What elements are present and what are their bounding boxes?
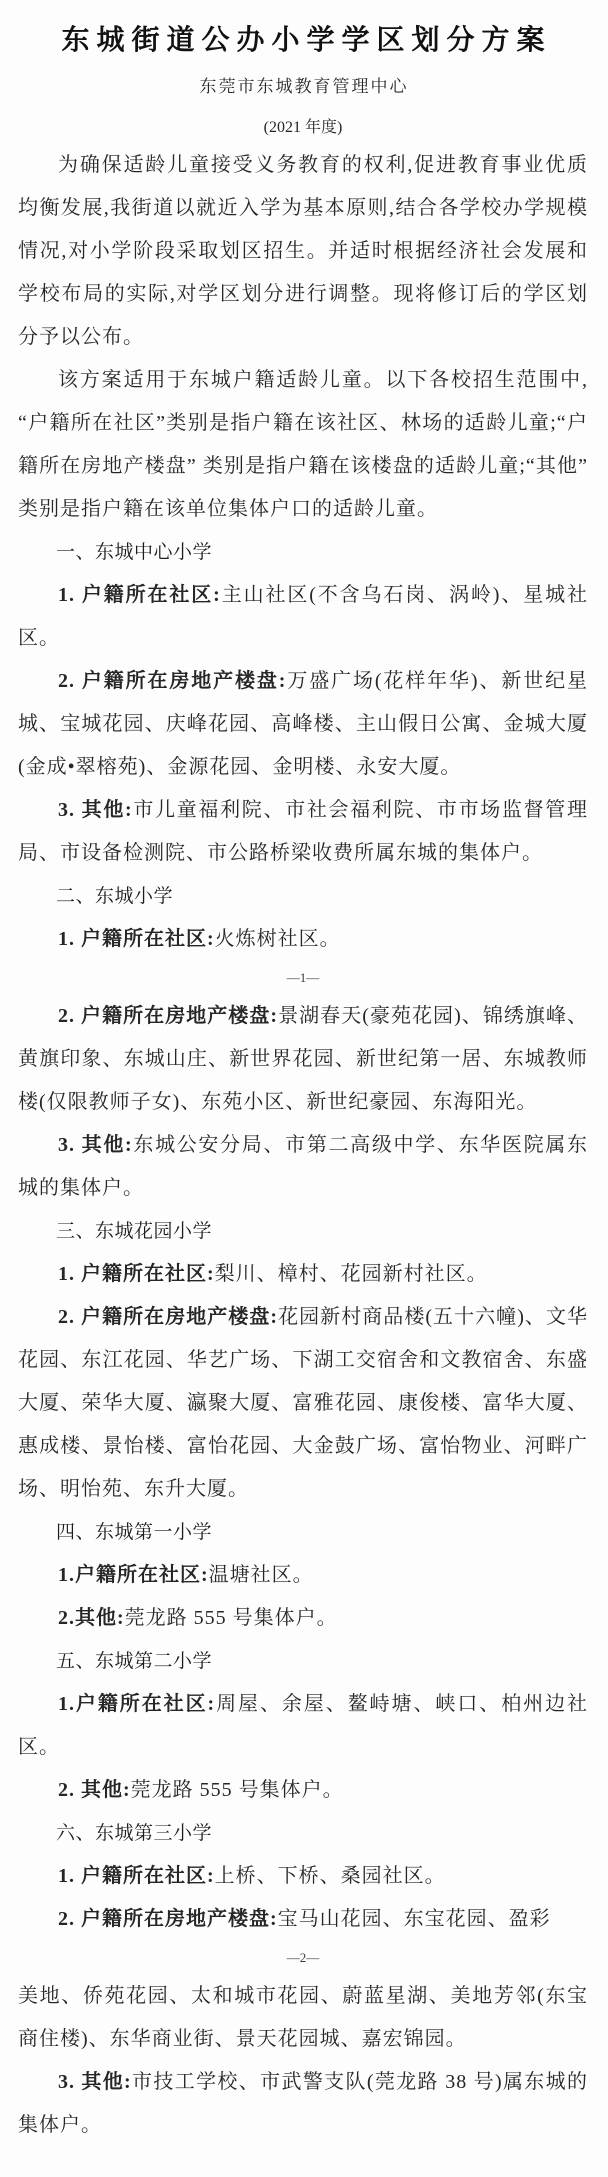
- item-label: 3. 其他:: [58, 2071, 132, 2093]
- item-text: 四、东城第一小学: [56, 1522, 212, 1543]
- item-label: 1. 户籍所在社区:: [58, 584, 221, 606]
- item-text: —2—: [287, 1950, 320, 1965]
- list-item: 3. 其他:市技工学校、市武警支队(莞龙路 38 号)属东城的集体户。: [18, 2061, 588, 2147]
- item-label: 2.其他:: [58, 1607, 125, 1629]
- item-label: 2. 其他:: [58, 1779, 131, 1801]
- document-issuer: 东莞市东城教育管理中心: [18, 75, 588, 99]
- item-text: 花园新村商品楼(五十六幢)、文华花园、东江花园、华艺广场、下湖工交宿舍和文教宿舍…: [18, 1306, 588, 1500]
- list-item: 3. 其他:市儿童福利院、市社会福利院、市市场监督管理局、市设备检测院、市公路桥…: [18, 789, 588, 875]
- item-label: 1. 户籍所在社区:: [58, 928, 215, 950]
- document-body: 为确保适龄儿童接受义务教育的权利,促进教育事业优质均衡发展,我街道以就近入学为基…: [18, 144, 588, 2147]
- item-label: 3. 其他:: [58, 1134, 133, 1156]
- item-text: 上桥、下桥、桑园社区。: [215, 1865, 446, 1887]
- section-heading: 五、东城第二小学: [18, 1640, 588, 1683]
- item-label: 1. 户籍所在社区:: [58, 1263, 215, 1285]
- section-heading: 二、东城小学: [18, 875, 588, 918]
- item-label: 1.户籍所在社区:: [58, 1564, 209, 1586]
- paragraph-continuation: 美地、侨苑花园、太和城市花园、蔚蓝星湖、美地芳邻(东宝商住楼)、东华商业街、景天…: [18, 1975, 588, 2061]
- item-text: 莞龙路 555 号集体户。: [131, 1779, 344, 1801]
- list-item: 2.其他:莞龙路 555 号集体户。: [18, 1597, 588, 1640]
- item-text: 莞龙路 555 号集体户。: [125, 1607, 338, 1629]
- item-text: 一、东城中心小学: [56, 542, 212, 563]
- item-label: 2. 户籍所在房地产楼盘:: [58, 1306, 278, 1328]
- list-item: 2. 户籍所在房地产楼盘:宝马山花园、东宝花园、盈彩: [18, 1898, 588, 1941]
- item-label: 1.户籍所在社区:: [58, 1693, 215, 1715]
- item-text: 六、东城第三小学: [56, 1823, 212, 1844]
- document-page: 东城街道公办小学学区划分方案 东莞市东城教育管理中心 (2021 年度) 为确保…: [0, 0, 608, 2177]
- list-item: 2. 户籍所在房地产楼盘:花园新村商品楼(五十六幢)、文华花园、东江花园、华艺广…: [18, 1296, 588, 1511]
- list-item: 1.户籍所在社区:周屋、余屋、鳌峙塘、峡口、柏州边社区。: [18, 1683, 588, 1769]
- item-text: 宝马山花园、东宝花园、盈彩: [278, 1908, 551, 1930]
- item-text: 五、东城第二小学: [56, 1651, 212, 1672]
- section-heading: 四、东城第一小学: [18, 1511, 588, 1554]
- item-text: 梨川、樟村、花园新村社区。: [215, 1263, 488, 1285]
- item-label: 2. 户籍所在房地产楼盘:: [58, 1005, 278, 1027]
- list-item: 2. 户籍所在房地产楼盘:万盛广场(花样年华)、新世纪星城、宝城花园、庆峰花园、…: [18, 660, 588, 789]
- item-text: 美地、侨苑花园、太和城市花园、蔚蓝星湖、美地芳邻(东宝商住楼)、东华商业街、景天…: [18, 1985, 588, 2050]
- item-label: 2. 户籍所在房地产楼盘:: [58, 670, 286, 692]
- page-number: —2—: [18, 1941, 588, 1975]
- list-item: 1. 户籍所在社区:上桥、下桥、桑园社区。: [18, 1855, 588, 1898]
- item-text: —1—: [287, 970, 320, 985]
- item-text: 火炼树社区。: [215, 928, 341, 950]
- list-item: 1.户籍所在社区:温塘社区。: [18, 1554, 588, 1597]
- list-item: 1. 户籍所在社区:火炼树社区。: [18, 918, 588, 961]
- item-label: 2. 户籍所在房地产楼盘:: [58, 1908, 278, 1930]
- item-text: 该方案适用于东城户籍适龄儿童。以下各校招生范围中,“户籍所在社区”类别是指户籍在…: [18, 369, 588, 520]
- document-year: (2021 年度): [18, 116, 588, 140]
- document-title: 东城街道公办小学学区划分方案: [18, 20, 588, 60]
- item-text: 三、东城花园小学: [56, 1221, 212, 1242]
- page-number: —1—: [18, 961, 588, 995]
- section-heading: 三、东城花园小学: [18, 1210, 588, 1253]
- section-heading: 六、东城第三小学: [18, 1812, 588, 1855]
- item-label: 1. 户籍所在社区:: [58, 1865, 215, 1887]
- section-heading: 一、东城中心小学: [18, 531, 588, 574]
- list-item: 1. 户籍所在社区:主山社区(不含乌石岗、涡岭)、星城社区。: [18, 574, 588, 660]
- item-text: 温塘社区。: [209, 1564, 314, 1586]
- list-item: 2. 户籍所在房地产楼盘:景湖春天(豪苑花园)、锦绣旗峰、黄旗印象、东城山庄、新…: [18, 995, 588, 1124]
- list-item: 3. 其他:东城公安分局、市第二高级中学、东华医院属东城的集体户。: [18, 1124, 588, 1210]
- item-text: 二、东城小学: [56, 886, 173, 907]
- paragraph: 为确保适龄儿童接受义务教育的权利,促进教育事业优质均衡发展,我街道以就近入学为基…: [18, 144, 588, 359]
- paragraph: 该方案适用于东城户籍适龄儿童。以下各校招生范围中,“户籍所在社区”类别是指户籍在…: [18, 359, 588, 531]
- list-item: 2. 其他:莞龙路 555 号集体户。: [18, 1769, 588, 1812]
- list-item: 1. 户籍所在社区:梨川、樟村、花园新村社区。: [18, 1253, 588, 1296]
- item-text: 为确保适龄儿童接受义务教育的权利,促进教育事业优质均衡发展,我街道以就近入学为基…: [18, 154, 588, 348]
- item-label: 3. 其他:: [58, 799, 133, 821]
